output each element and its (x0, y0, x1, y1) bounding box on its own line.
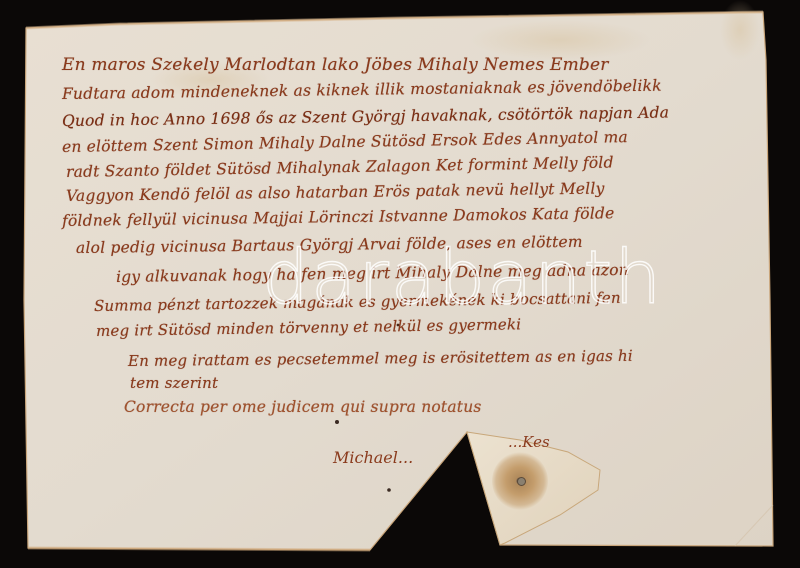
signature-surname: ...Kes (508, 433, 550, 451)
manuscript-line-1: En maros Szekely Marlodtan lako Jöbes Mi… (62, 56, 609, 74)
manuscript-line-14: Correcta per ome judicem qui supra notat… (124, 398, 482, 416)
manuscript-line-13: tem szerint (130, 374, 218, 392)
document-scan: En maros Szekely Marlodtan lako Jöbes Mi… (0, 0, 800, 568)
seal-center-icon (517, 477, 526, 486)
signature-name: Michael... (333, 448, 413, 467)
